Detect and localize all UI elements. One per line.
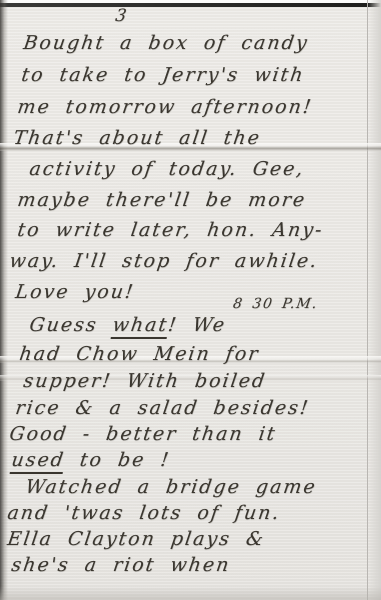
letter-line: supper! With boiled: [22, 370, 268, 392]
letter-line: Guess what! We: [28, 314, 228, 336]
letter-line: she's a riot when: [10, 554, 232, 576]
letter-line: Good - better than it: [8, 423, 278, 445]
letter-line-text: to be !: [63, 449, 171, 471]
letter-line: rice & a salad besides!: [14, 397, 311, 419]
letter-line: and 'twas lots of fun.: [6, 502, 282, 524]
paper-edge-bottom-shadow: [0, 586, 381, 600]
letter-line: had Chow Mein for: [18, 343, 261, 365]
letter-line: maybe there'll be more: [16, 189, 308, 211]
time-annotation: 8 30 P.M.: [232, 296, 319, 312]
letter-line: used to be !: [10, 449, 172, 471]
letter-line-text: Guess: [28, 314, 114, 336]
letter-line-text: ! We: [167, 314, 228, 336]
letter-line: way. I'll stop for awhile.: [8, 250, 320, 272]
scan-edge-top-dark: [0, 3, 381, 7]
letter-line: to write later, hon. Any-: [16, 219, 325, 241]
underlined-word: used: [10, 449, 67, 474]
letter-scan: 3 Bought a box of candy to take to Jerry…: [0, 0, 381, 600]
letter-line: Bought a box of candy: [22, 32, 310, 54]
paper-edge-right: [367, 0, 381, 600]
underlined-word: what: [111, 314, 170, 339]
letter-line: Love you!: [14, 281, 136, 303]
paper-edge-left-shadow: [0, 0, 8, 600]
letter-line: That's about all the: [12, 127, 262, 149]
letter-line: activity of today. Gee,: [28, 158, 306, 180]
letter-line: Ella Clayton plays &: [6, 528, 267, 550]
letter-line: to take to Jerry's with: [20, 64, 306, 86]
page-number: 3: [114, 6, 129, 26]
letter-line: Watched a bridge game: [24, 476, 318, 498]
letter-line: me tomorrow afternoon!: [16, 96, 314, 118]
